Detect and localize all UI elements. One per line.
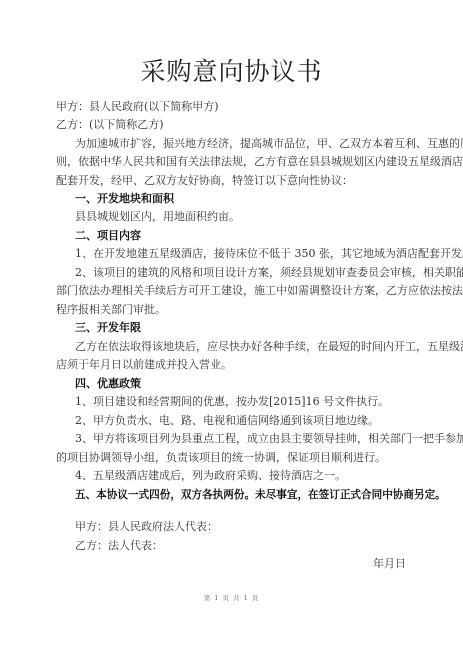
party-b-line: 乙方：(以下简称乙方)	[56, 118, 164, 132]
preamble-line: 为加速城市扩容，振兴地方经济，提高城市品位，甲、乙双方本着互利、互惠的原	[75, 137, 463, 151]
section-heading: 三、开发年限	[75, 321, 141, 335]
section-heading: 五、本协议一式四份，双方各执两份。未尽事宜，在签订正式合同中协商另定。	[75, 488, 446, 502]
section-line: 县县城规划区内，用地面积约亩。	[75, 210, 240, 224]
section-line: 2、该项目的建筑的风格和项目设计方案，须经县规划审查委员会审核，相关职能	[75, 266, 463, 280]
section-heading: 四、优惠政策	[75, 377, 141, 391]
section-line: 部门依法办理相关手续后方可开工建设，施工中如需调整设计方案，乙方应依法按法定	[56, 284, 463, 298]
section-line: 的项目协调领导小组，负责该项目的统一协调，保证项目顺利进行。	[56, 451, 386, 465]
section-line: 1、在开发地建五星级酒店，接待床位不低于 350 张，其它地域为酒店配套开发。	[75, 247, 463, 261]
section-heading: 二、项目内容	[75, 229, 141, 243]
document-page: 采购意向协议书 甲方：县人民政府(以下简称甲方) 乙方：(以下简称乙方) 为加速…	[0, 0, 463, 655]
section-heading: 一、开发地块和面积	[75, 192, 174, 206]
section-line: 乙方在依法取得该地块后，应尽快办好各种手续，在最短的时间内开工，五星级酒	[75, 340, 463, 354]
section-line: 3、甲方将该项目列为县重点工程，成立由县主要领导挂帅，相关部门一把手参加	[75, 432, 463, 446]
section-line: 程序报相关部门审批。	[56, 303, 166, 317]
section-line: 4、五星级酒店建成后，列为政府采购、接待酒店之一。	[75, 469, 346, 483]
section-line: 店须于年月日以前建成并投入营业。	[56, 358, 232, 372]
preamble-line: 配套开发，经甲、乙双方友好协商，特签订以下意向性协议：	[56, 174, 353, 188]
page-footer: 第 1 页 共 1 页	[0, 593, 463, 602]
section-line: 2、甲方负责水、电、路、电视和通信网络通到该项目地边缘。	[75, 414, 379, 428]
signature-party-a: 甲方：县人民政府法人代表：	[75, 520, 218, 534]
signature-date: 年月日	[373, 557, 406, 571]
document-title: 采购意向协议书	[0, 52, 463, 88]
preamble-line: 则，依据中华人民共和国有关法律法规，乙方有意在县县城规划区内建设五星级酒店及	[56, 155, 463, 169]
section-line: 1、项目建设和经营期间的优惠，按办发[2015]16 号文件执行。	[75, 395, 389, 409]
signature-party-b: 乙方：法人代表：	[75, 539, 163, 553]
party-a-line: 甲方：县人民政府(以下简称甲方)	[56, 100, 219, 114]
